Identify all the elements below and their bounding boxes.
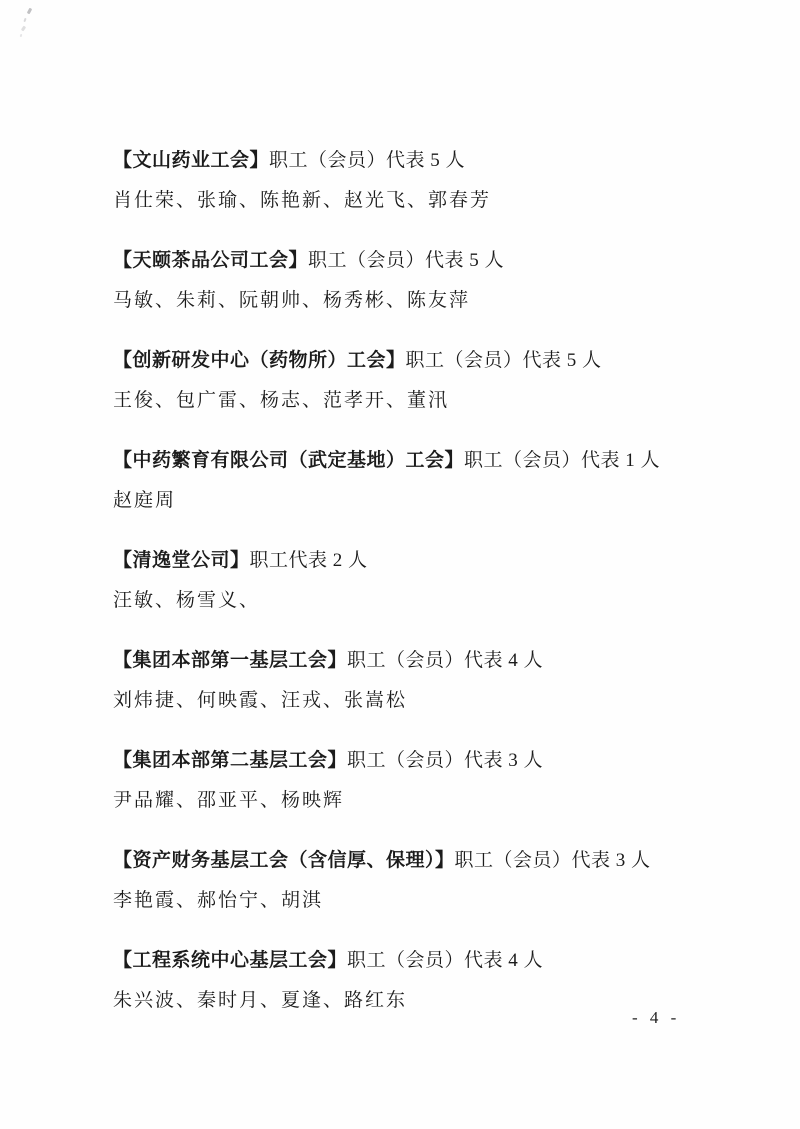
delegate-count: 职工（会员）代表 4 人 xyxy=(347,950,543,971)
scan-artifact xyxy=(23,18,26,22)
delegate-count: 职工（会员）代表 3 人 xyxy=(455,850,651,871)
union-name: 【创新研发中心（药物所）工会】 xyxy=(113,350,406,371)
delegate-names: 刘炜捷、何映霞、汪戎、张嵩松 xyxy=(113,687,740,715)
section-heading: 【集团本部第二基层工会】职工（会员）代表 3 人 xyxy=(113,747,740,775)
section-heading: 【工程系统中心基层工会】职工（会员）代表 4 人 xyxy=(113,947,740,975)
union-section: 【工程系统中心基层工会】职工（会员）代表 4 人 朱兴波、秦时月、夏逢、路红东 xyxy=(113,947,740,1015)
union-section: 【资产财务基层工会（含信厚、保理）】职工（会员）代表 3 人 李艳霞、郝怡宁、胡… xyxy=(113,847,740,915)
delegate-count: 职工代表 2 人 xyxy=(250,550,368,571)
delegate-count: 职工（会员）代表 5 人 xyxy=(406,350,602,371)
union-name: 【清逸堂公司】 xyxy=(113,550,250,571)
union-section: 【文山药业工会】职工（会员）代表 5 人 肖仕荣、张瑜、陈艳新、赵光飞、郭春芳 xyxy=(113,147,740,215)
delegate-count: 职工（会员）代表 5 人 xyxy=(308,250,504,271)
union-name: 【资产财务基层工会（含信厚、保理）】 xyxy=(113,850,455,871)
delegate-count: 职工（会员）代表 4 人 xyxy=(347,650,543,671)
delegate-count: 职工（会员）代表 1 人 xyxy=(464,450,660,471)
document-page: 【文山药业工会】职工（会员）代表 5 人 肖仕荣、张瑜、陈艳新、赵光飞、郭春芳 … xyxy=(0,0,800,1129)
scan-artifact xyxy=(20,34,23,37)
union-name: 【天颐茶品公司工会】 xyxy=(113,250,308,271)
page-number: - 4 - xyxy=(632,1008,680,1028)
union-section: 【创新研发中心（药物所）工会】职工（会员）代表 5 人 王俊、包广雷、杨志、范孝… xyxy=(113,347,740,415)
section-heading: 【天颐茶品公司工会】职工（会员）代表 5 人 xyxy=(113,247,740,275)
scan-artifact xyxy=(27,8,32,15)
scan-artifact xyxy=(21,26,26,32)
delegate-count: 职工（会员）代表 5 人 xyxy=(269,150,465,171)
delegate-names: 肖仕荣、张瑜、陈艳新、赵光飞、郭春芳 xyxy=(113,187,740,215)
section-heading: 【中药繁育有限公司（武定基地）工会】职工（会员）代表 1 人 xyxy=(113,447,740,475)
union-name: 【文山药业工会】 xyxy=(113,150,269,171)
delegate-names: 李艳霞、郝怡宁、胡淇 xyxy=(113,887,740,915)
section-heading: 【文山药业工会】职工（会员）代表 5 人 xyxy=(113,147,740,175)
union-section: 【清逸堂公司】职工代表 2 人 汪敏、杨雪义、 xyxy=(113,547,740,615)
union-name: 【工程系统中心基层工会】 xyxy=(113,950,347,971)
union-section: 【集团本部第二基层工会】职工（会员）代表 3 人 尹品耀、邵亚平、杨映辉 xyxy=(113,747,740,815)
delegate-names: 汪敏、杨雪义、 xyxy=(113,587,740,615)
union-name: 【集团本部第二基层工会】 xyxy=(113,750,347,771)
delegate-names: 王俊、包广雷、杨志、范孝开、董汛 xyxy=(113,387,740,415)
union-section: 【中药繁育有限公司（武定基地）工会】职工（会员）代表 1 人 赵庭周 xyxy=(113,447,740,515)
section-heading: 【清逸堂公司】职工代表 2 人 xyxy=(113,547,740,575)
section-heading: 【集团本部第一基层工会】职工（会员）代表 4 人 xyxy=(113,647,740,675)
union-name: 【集团本部第一基层工会】 xyxy=(113,650,347,671)
union-section: 【天颐茶品公司工会】职工（会员）代表 5 人 马敏、朱莉、阮朝帅、杨秀彬、陈友萍 xyxy=(113,247,740,315)
delegate-names: 马敏、朱莉、阮朝帅、杨秀彬、陈友萍 xyxy=(113,287,740,315)
section-heading: 【创新研发中心（药物所）工会】职工（会员）代表 5 人 xyxy=(113,347,740,375)
delegate-count: 职工（会员）代表 3 人 xyxy=(347,750,543,771)
delegate-names: 尹品耀、邵亚平、杨映辉 xyxy=(113,787,740,815)
section-heading: 【资产财务基层工会（含信厚、保理）】职工（会员）代表 3 人 xyxy=(113,847,740,875)
union-name: 【中药繁育有限公司（武定基地）工会】 xyxy=(113,450,464,471)
delegate-names: 赵庭周 xyxy=(113,487,740,515)
union-section: 【集团本部第一基层工会】职工（会员）代表 4 人 刘炜捷、何映霞、汪戎、张嵩松 xyxy=(113,647,740,715)
document-body: 【文山药业工会】职工（会员）代表 5 人 肖仕荣、张瑜、陈艳新、赵光飞、郭春芳 … xyxy=(113,147,740,1047)
